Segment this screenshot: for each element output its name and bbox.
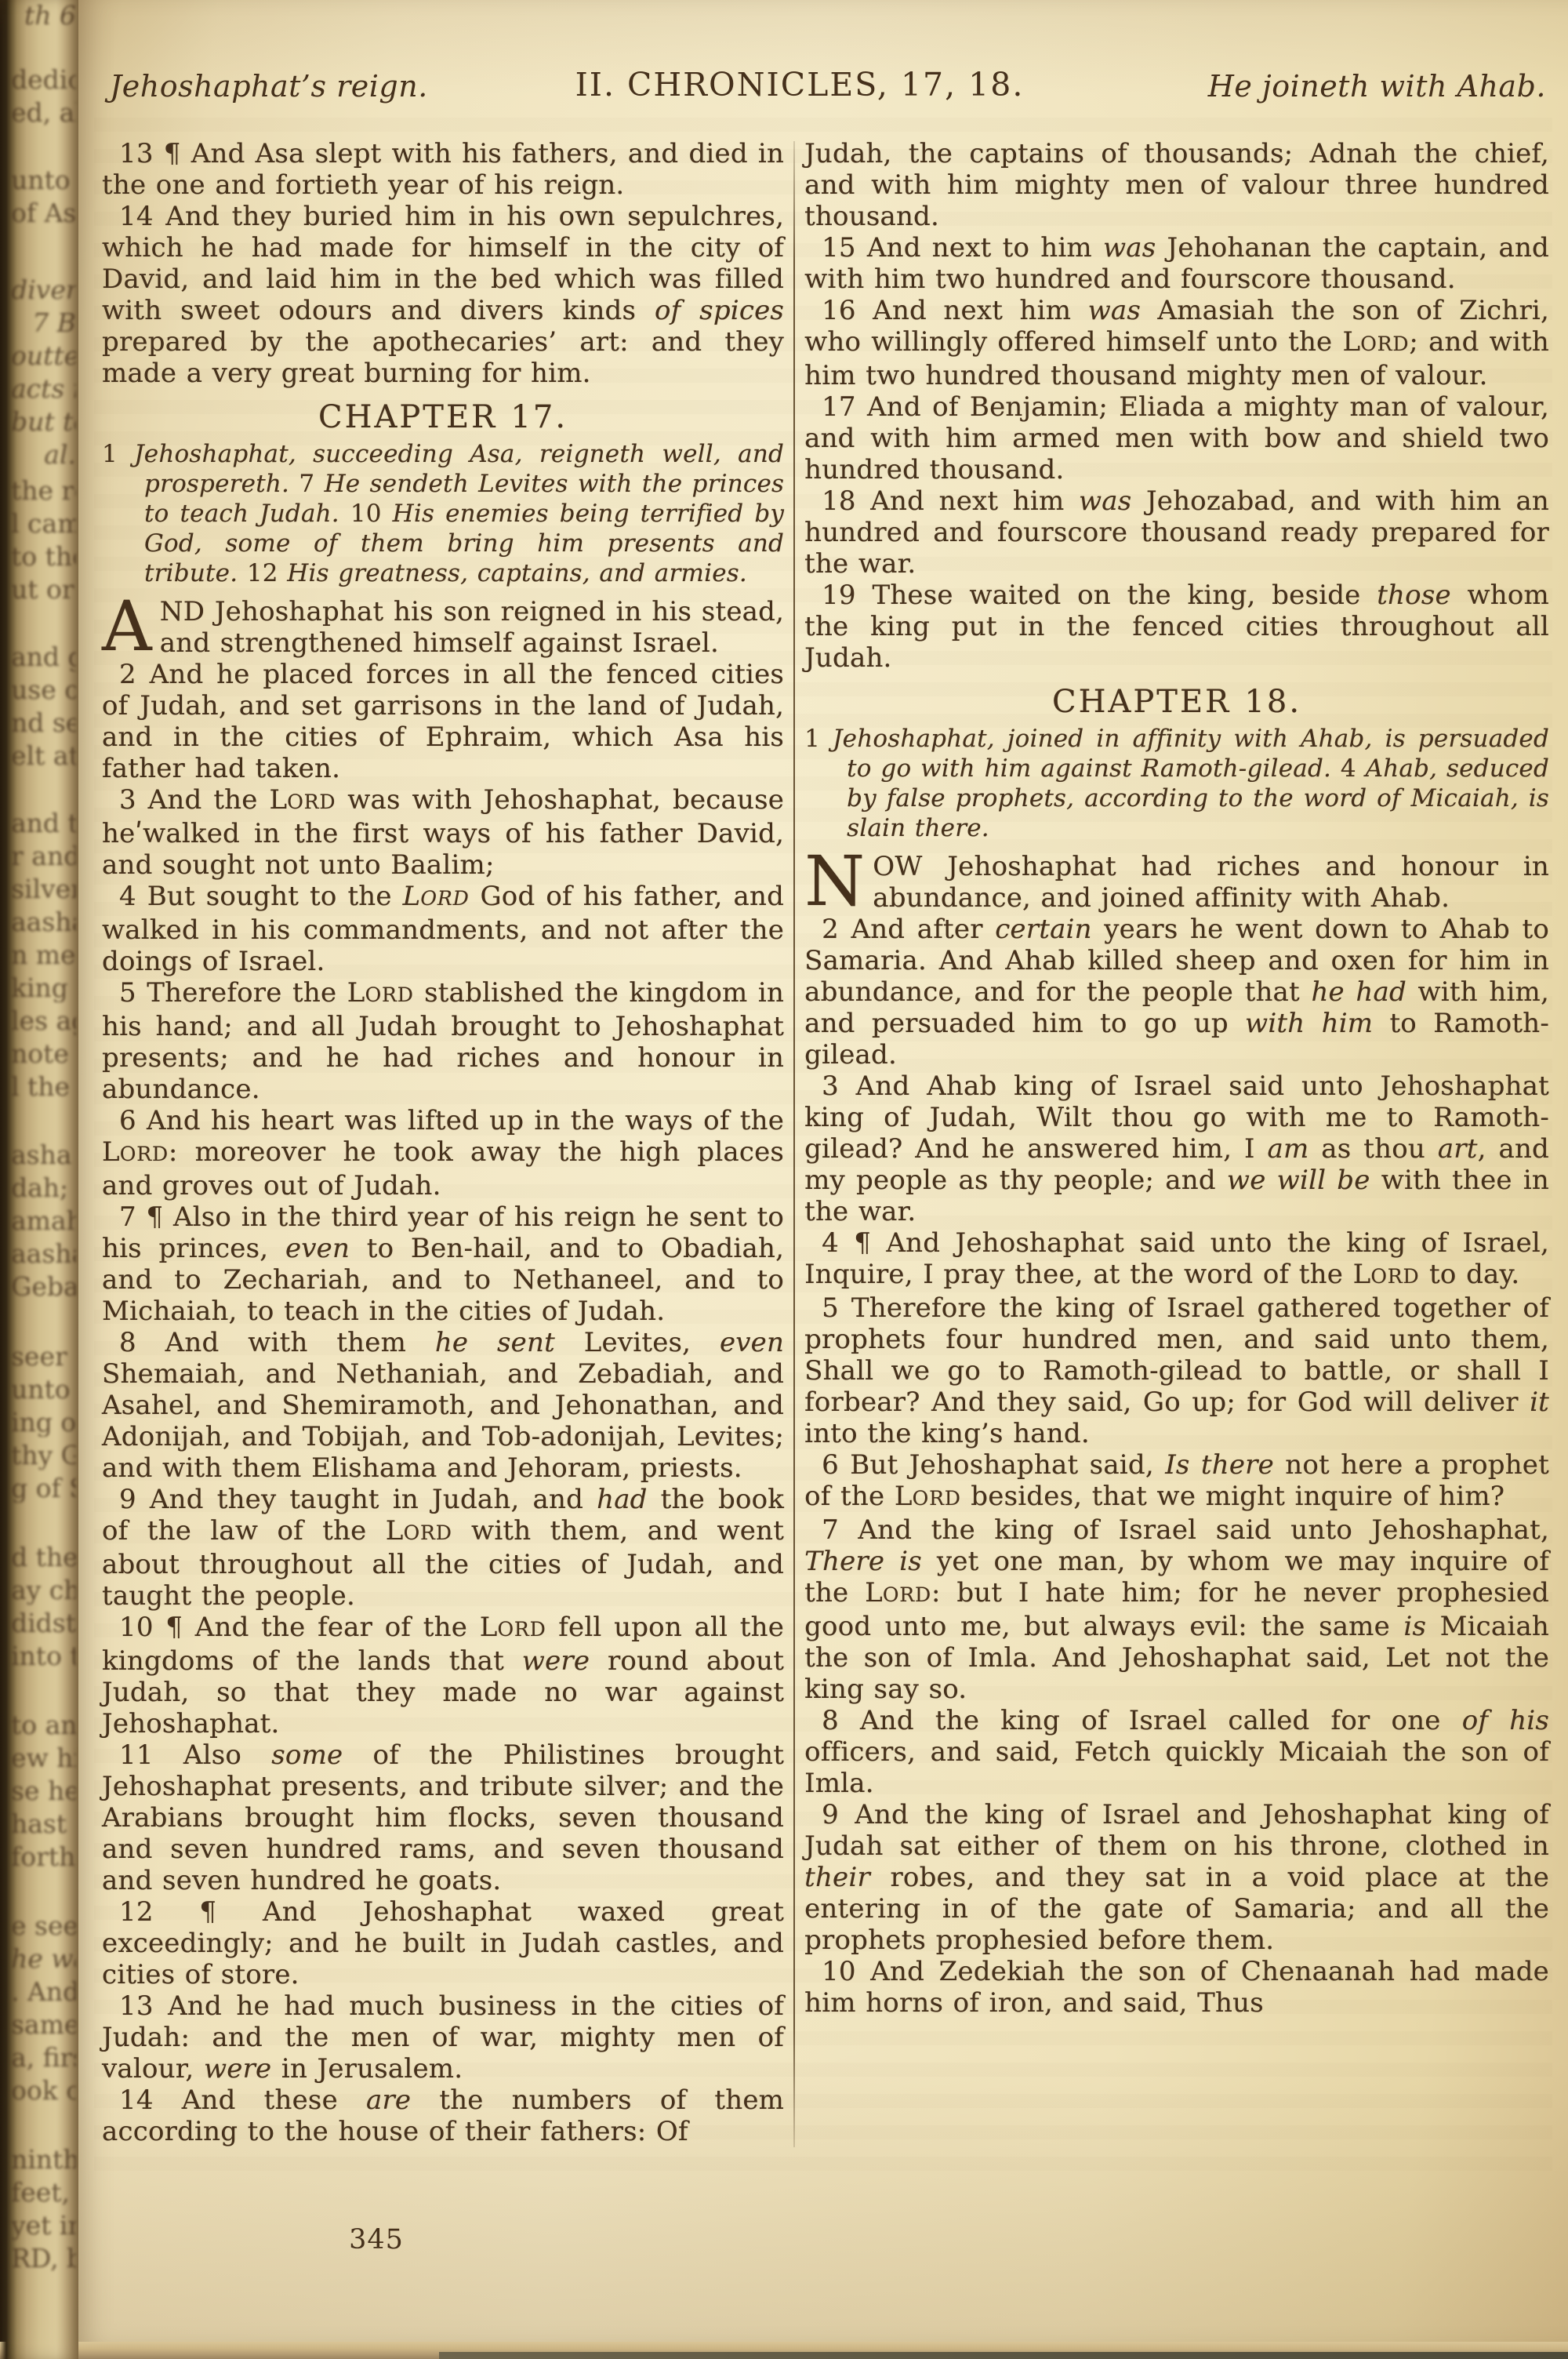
- chapter-summary: 1 Jehoshaphat, joined in affinity with A…: [804, 724, 1549, 843]
- divine-name-small-caps: LORD: [102, 1136, 169, 1168]
- gutter-text-fragment: e seer, a: [11, 1912, 76, 1940]
- gutter-text-fragment: a, first a: [11, 2044, 76, 2072]
- gutter-text-fragment: outteth i: [11, 342, 76, 370]
- column-divider: [793, 141, 795, 2147]
- verse-paragraph: 11 Also some of the Philistines brought …: [102, 1739, 784, 1896]
- verse-paragraph: 18 And next him was Jehozabad, and with …: [804, 485, 1549, 580]
- verse-paragraph: 8 And the king of Israel called for one …: [804, 1705, 1549, 1799]
- divine-name-small-caps: LORD: [895, 1481, 961, 1512]
- gutter-text-fragment: note Ij: [11, 1040, 76, 1068]
- gutter-text-fragment: seer ca: [11, 1343, 76, 1371]
- verse-paragraph: 10 ¶ And the fear of the LORD fell upon …: [102, 1612, 784, 1739]
- book-page-photo: th 6dedicaed, alunto tof Asdivers7 Boutt…: [0, 0, 1568, 2359]
- gutter-text-fragment: se hear: [11, 1777, 76, 1805]
- verse-paragraph: 6 And his heart was lifted up in the way…: [102, 1105, 784, 1201]
- gutter-text-fragment: yet in: [11, 2212, 76, 2240]
- gutter-text-fragment: into th: [11, 1642, 76, 1670]
- gutter-text-fragment: ut or ca: [11, 576, 76, 604]
- gutter-text-fragment: ay chari: [11, 1576, 76, 1605]
- gutter-text-fragment: forth th: [11, 1843, 76, 1871]
- verse-paragraph: 9 And they taught in Judah, and had the …: [102, 1484, 784, 1612]
- verse-paragraph: 17 And of Benjamin; Eliada a mighty man …: [804, 391, 1549, 485]
- gutter-text-fragment: Geba a: [11, 1273, 76, 1301]
- verse-paragraph: 12 ¶ And Jehoshaphat waxed great exceedi…: [102, 1896, 784, 1990]
- continuation-paragraph: Judah, the captains of thousands; Adnah …: [804, 138, 1549, 232]
- gutter-text-fragment: hast do: [11, 1810, 76, 1838]
- chapter-heading: CHAPTER 18.: [804, 686, 1549, 718]
- gutter-text-fragment: g of Sy: [11, 1474, 76, 1503]
- gutter-text-fragment: n me.: [11, 941, 76, 969]
- gutter-previous-page-edge: th 6dedicaed, alunto tof Asdivers7 Boutt…: [0, 0, 78, 2359]
- gutter-text-fragment: ook of: [11, 2077, 76, 2105]
- gutter-text-fragment: ninth y: [11, 2146, 76, 2174]
- divine-name-small-caps: LORD: [269, 784, 336, 816]
- verse-paragraph: 8 And with them he sent Levites, even Sh…: [102, 1327, 784, 1484]
- divine-name-small-caps: LORD: [386, 1515, 452, 1547]
- drop-cap: N: [804, 851, 873, 906]
- gutter-text-fragment: the re: [11, 477, 76, 505]
- running-head: Jehoshaphat’s reign. II. CHRONICLES, 17,…: [78, 0, 1568, 118]
- page-edge-bottom: [0, 2342, 1568, 2359]
- verse-paragraph: 10 And Zedekiah the son of Chenaanah had…: [804, 1956, 1549, 2019]
- gutter-text-fragment: ed, al: [11, 99, 76, 127]
- gutter-text-fragment: nd sent: [11, 709, 76, 737]
- chapter-summary: 1 Jehoshaphat, succeeding Asa, reigneth …: [102, 439, 784, 588]
- verse-paragraph: 2 And he placed forces in all the fenced…: [102, 659, 784, 784]
- verse-paragraph: 16 And next him was Amasiah the son of Z…: [804, 295, 1549, 391]
- gutter-text-fragment: to and: [11, 1711, 76, 1739]
- gutter-text-fragment: of As: [11, 199, 76, 227]
- gutter-text-fragment: unto hi: [11, 1376, 76, 1404]
- gutter-text-fragment: divers: [11, 276, 76, 304]
- verse-paragraph: 4 But sought to the LORD God of his fath…: [102, 881, 784, 977]
- gutter-text-fragment: acts in: [11, 375, 76, 403]
- verse-paragraph: 19 These waited on the king, beside thos…: [804, 580, 1549, 674]
- gutter-text-fragment: use of t: [11, 676, 76, 704]
- verse-paragraph: 9 And the king of Israel and Jehoshaphat…: [804, 1799, 1549, 1956]
- gutter-text-fragment: l the st: [11, 1073, 76, 1101]
- page-edge-bottom-shadow: [439, 2352, 1568, 2359]
- gutter-text-fragment: asha he: [11, 1141, 76, 1169]
- verse-paragraph: 5 Therefore the LORD stablished the king…: [102, 977, 784, 1105]
- gutter-text-fragment: dah; a: [11, 1174, 76, 1202]
- gutter-text-fragment: but to: [11, 408, 76, 436]
- gutter-text-fragment: ing of S: [11, 1408, 76, 1437]
- gutter-text-fragment: . And: [11, 1978, 76, 2006]
- left-column: 13 ¶ And Asa slept with his fathers, and…: [102, 138, 784, 2147]
- verse-paragraph: 13 ¶ And Asa slept with his fathers, and…: [102, 138, 784, 201]
- verse-paragraph: 14 And they buried him in his own sepulc…: [102, 201, 784, 389]
- gutter-text-fragment: ew hims: [11, 1744, 76, 1772]
- gutter-text-fragment: and th: [11, 809, 76, 838]
- gutter-text-fragment: al.: [11, 441, 76, 469]
- gutter-text-fragment: king A: [11, 974, 76, 1002]
- gutter-text-fragment: didst r: [11, 1609, 76, 1637]
- verse-paragraph: 3 And Ahab king of Israel said unto Jeho…: [804, 1070, 1549, 1227]
- gutter-text-fragment: aasha ki: [11, 908, 76, 936]
- gutter-text-fragment: he was i: [11, 1945, 76, 1973]
- running-head-right: He joineth with Ahab.: [1208, 69, 1546, 104]
- verse-paragraph: 7 And the king of Israel said unto Jehos…: [804, 1514, 1549, 1705]
- gutter-text-fragment: amah, a: [11, 1207, 76, 1235]
- dropcap-paragraph: NOW Jehoshaphat had riches and honour in…: [804, 851, 1549, 914]
- bible-page: Jehoshaphat’s reign. II. CHRONICLES, 17,…: [78, 0, 1568, 2342]
- verse-paragraph: 7 ¶ Also in the third year of his reign …: [102, 1201, 784, 1327]
- text-columns: 13 ¶ And Asa slept with his fathers, and…: [102, 138, 1549, 2147]
- verse-paragraph: 2 And after certain years he went down t…: [804, 914, 1549, 1070]
- divine-name-small-caps: LORD: [865, 1577, 931, 1608]
- gutter-text-fragment: elt at L: [11, 742, 76, 770]
- gutter-text-fragment: and g: [11, 643, 76, 671]
- gutter-text-fragment: thy Go: [11, 1441, 76, 1470]
- gutter-text-fragment: to the: [11, 543, 76, 571]
- gutter-text-fragment: silver a: [11, 875, 76, 903]
- gutter-text-fragment: RD, but: [11, 2245, 76, 2273]
- chapter-heading: CHAPTER 17.: [102, 402, 784, 433]
- dropcap-paragraph: AND Jehoshaphat his son reigned in his s…: [102, 596, 784, 659]
- divine-name-small-caps: LORD: [347, 977, 414, 1009]
- page-number: 345: [314, 2224, 439, 2255]
- gutter-text-fragment: feet, un: [11, 2179, 76, 2207]
- gutter-text-fragment: 7 B: [11, 309, 76, 337]
- divine-name-small-caps: LORD: [1342, 326, 1409, 358]
- gutter-text-fragment: dedica: [11, 66, 76, 94]
- gutter-text-fragment: aasha w: [11, 1240, 76, 1268]
- verse-paragraph: 3 And the LORD was with Jehoshaphat, bec…: [102, 784, 784, 881]
- verse-paragraph: 6 But Jehoshaphat said, Is there not her…: [804, 1449, 1549, 1514]
- verse-paragraph: 15 And next to him was Jehohanan the cap…: [804, 232, 1549, 295]
- verse-paragraph: 5 Therefore the king of Israel gathered …: [804, 1292, 1549, 1449]
- verse-paragraph: 14 And these are the numbers of them acc…: [102, 2085, 784, 2147]
- divine-name-small-caps: LORD: [403, 881, 470, 912]
- verse-paragraph: 13 And he had much business in the citie…: [102, 1990, 784, 2085]
- gutter-text-fragment: unto t: [11, 166, 76, 194]
- drop-cap: A: [102, 596, 160, 651]
- gutter-text-fragment: d the L: [11, 1543, 76, 1572]
- divine-name-small-caps: LORD: [480, 1612, 546, 1643]
- divine-name-small-caps: LORD: [1353, 1259, 1420, 1290]
- verse-paragraph: 4 ¶ And Jehoshaphat said unto the king o…: [804, 1227, 1549, 1292]
- gutter-text-fragment: l came: [11, 510, 76, 538]
- gutter-text-fragment: r and i: [11, 842, 76, 871]
- right-column: Judah, the captains of thousands; Adnah …: [804, 138, 1549, 2147]
- gutter-text-fragment: th 6: [11, 2, 76, 30]
- gutter-text-fragment: same tin: [11, 2011, 76, 2039]
- gutter-text-fragment: les agai: [11, 1007, 76, 1035]
